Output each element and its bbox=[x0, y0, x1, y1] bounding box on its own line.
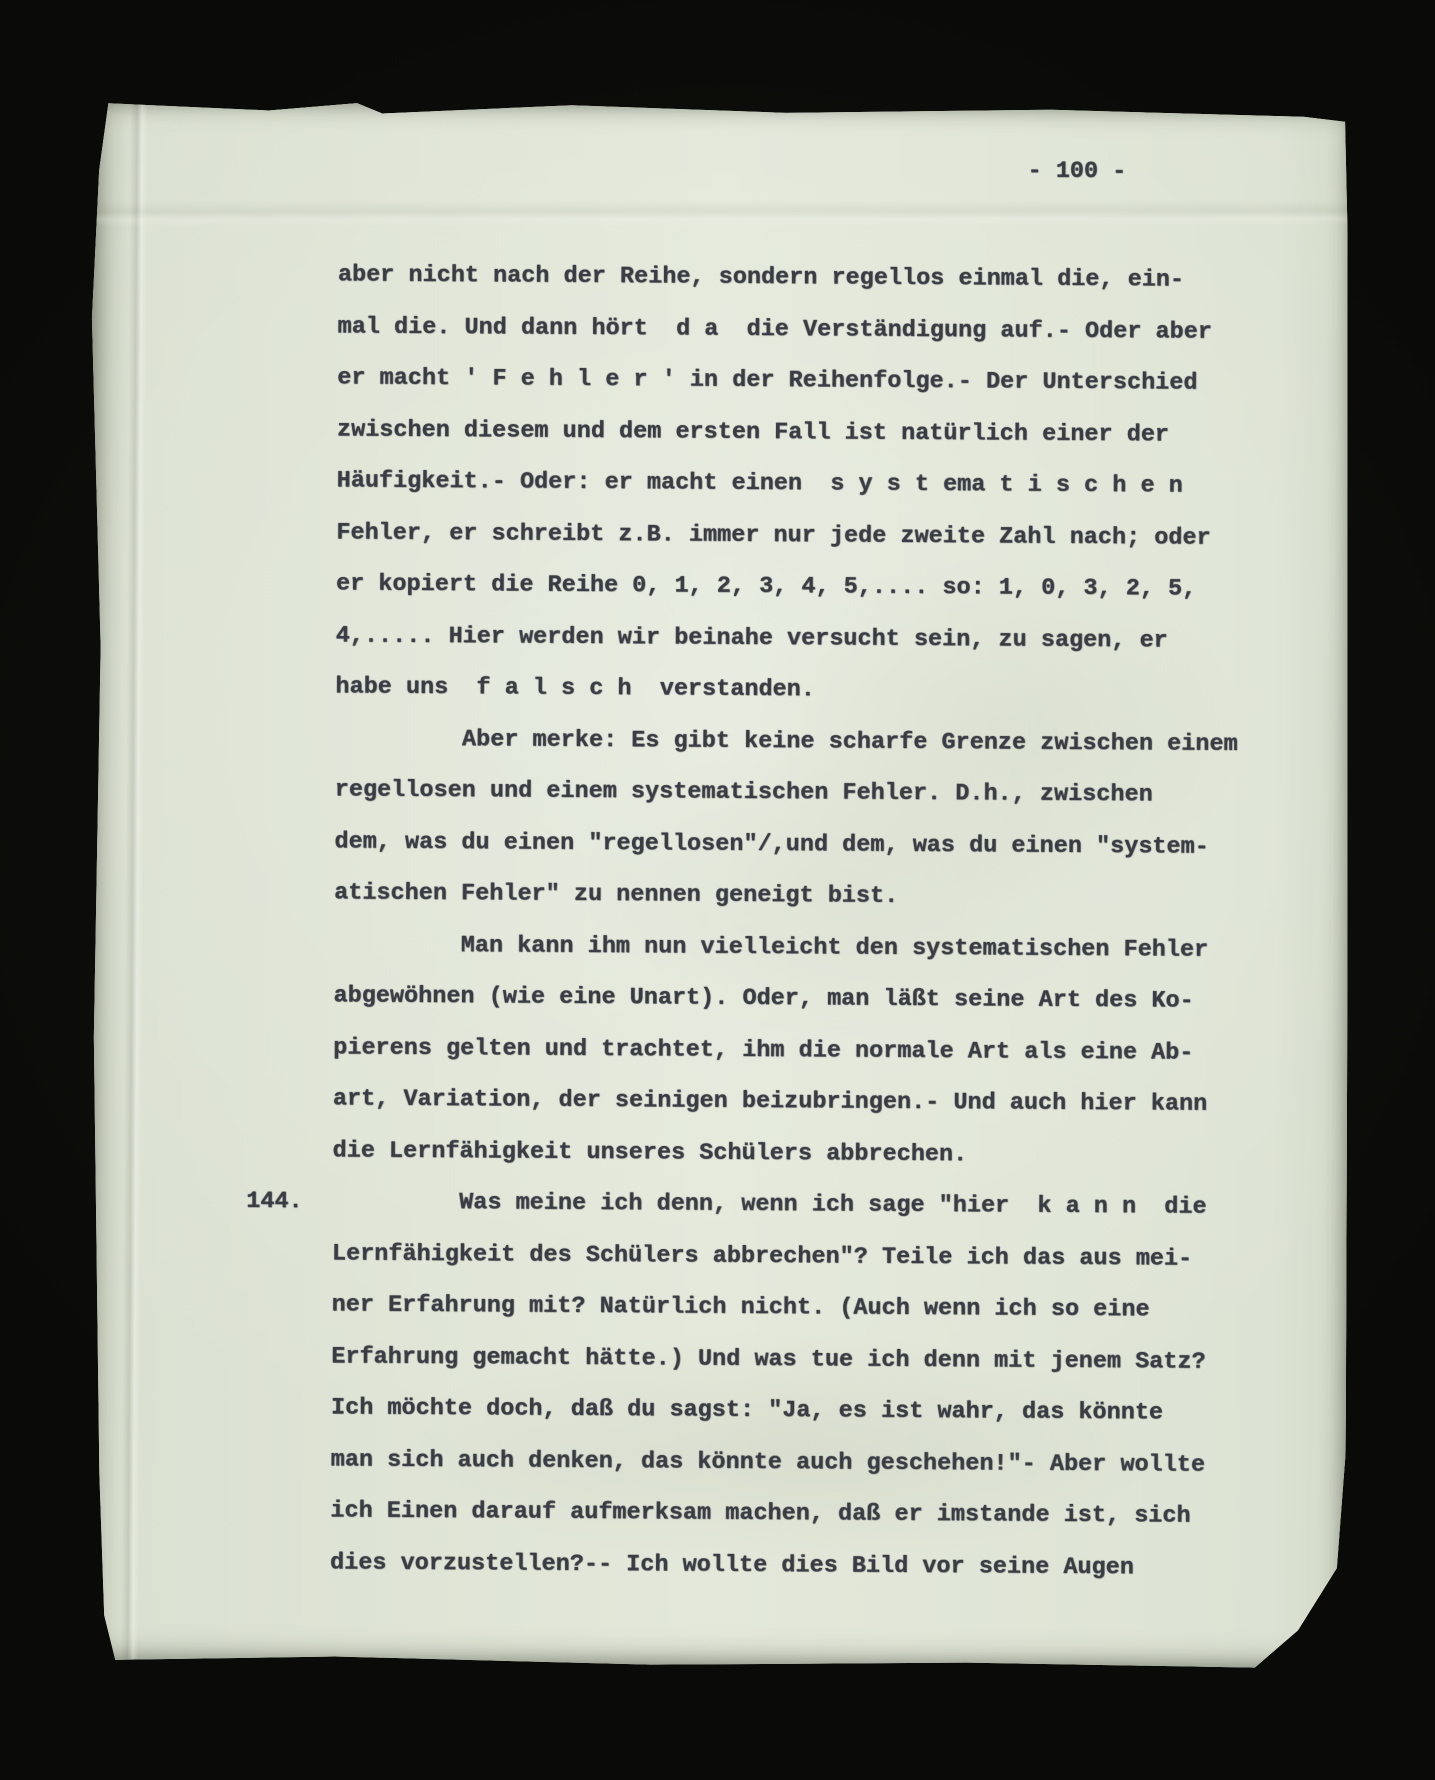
typed-line: mal die. Und dann hört d a die Verständi… bbox=[337, 301, 1257, 358]
typed-line: er macht ' F e h l e r ' in der Reihenfo… bbox=[337, 353, 1257, 410]
typed-line: atischen Fehler" zu nennen geneigt bist. bbox=[334, 867, 1254, 924]
typed-line: Lernfähigkeit des Schülers abbrechen"? T… bbox=[332, 1228, 1252, 1285]
page-number: - 100 - bbox=[1027, 146, 1126, 198]
typed-line: dem, was du einen "regellosen"/,und dem,… bbox=[334, 816, 1254, 873]
typed-line: man sich auch denken, das könnte auch ge… bbox=[331, 1434, 1251, 1491]
typed-line: Ich möchte doch, daß du sagst: "Ja, es i… bbox=[331, 1382, 1251, 1439]
typed-text-block: 144. aber nicht nach der Reihe, sondern … bbox=[330, 250, 1258, 1595]
typed-lines: aber nicht nach der Reihe, sondern regel… bbox=[330, 250, 1258, 1595]
typed-line: ner Erfahrung mit? Natürlich nicht. (Auc… bbox=[331, 1279, 1251, 1336]
typed-line: regellosen und einem systematischen Fehl… bbox=[335, 764, 1255, 821]
typed-line: er kopiert die Reihe 0, 1, 2, 3, 4, 5,..… bbox=[336, 559, 1256, 616]
typed-line: Man kann ihm nun vielleicht den systemat… bbox=[334, 919, 1254, 976]
typed-line: Was meine ich denn, wenn ich sage "hier … bbox=[332, 1176, 1252, 1233]
typed-line: pierens gelten und trachtet, ihm die nor… bbox=[333, 1022, 1253, 1079]
typed-line: abgewöhnen (wie eine Unart). Oder, man l… bbox=[333, 970, 1253, 1027]
typed-line: Aber merke: Es gibt keine scharfe Grenze… bbox=[335, 713, 1255, 770]
typescript-page: - 100 - 144. aber nicht nach der Reihe, … bbox=[82, 100, 1354, 1670]
typed-line: zwischen diesem und dem ersten Fall ist … bbox=[337, 404, 1257, 461]
typed-line: Häufigkeit.- Oder: er macht einen s y s … bbox=[337, 456, 1257, 513]
typed-line: dies vorzustellen?-- Ich wollte dies Bil… bbox=[330, 1537, 1250, 1594]
typed-line: 4,..... Hier werden wir beinahe versucht… bbox=[336, 610, 1256, 667]
typed-line: art, Variation, der seinigen beizubringe… bbox=[333, 1073, 1253, 1130]
typed-line: aber nicht nach der Reihe, sondern regel… bbox=[338, 250, 1258, 307]
typed-line: Erfahrung gemacht hätte.) Und was tue ic… bbox=[331, 1331, 1251, 1388]
typed-line: Fehler, er schreibt z.B. immer nur jede … bbox=[336, 507, 1256, 564]
section-number: 144. bbox=[246, 1176, 303, 1228]
typed-line: ich Einen darauf aufmerksam machen, daß … bbox=[330, 1485, 1250, 1542]
typed-line: die Lernfähigkeit unseres Schülers abbre… bbox=[332, 1125, 1252, 1182]
typed-line: habe uns f a l s c h verstanden. bbox=[335, 661, 1255, 718]
